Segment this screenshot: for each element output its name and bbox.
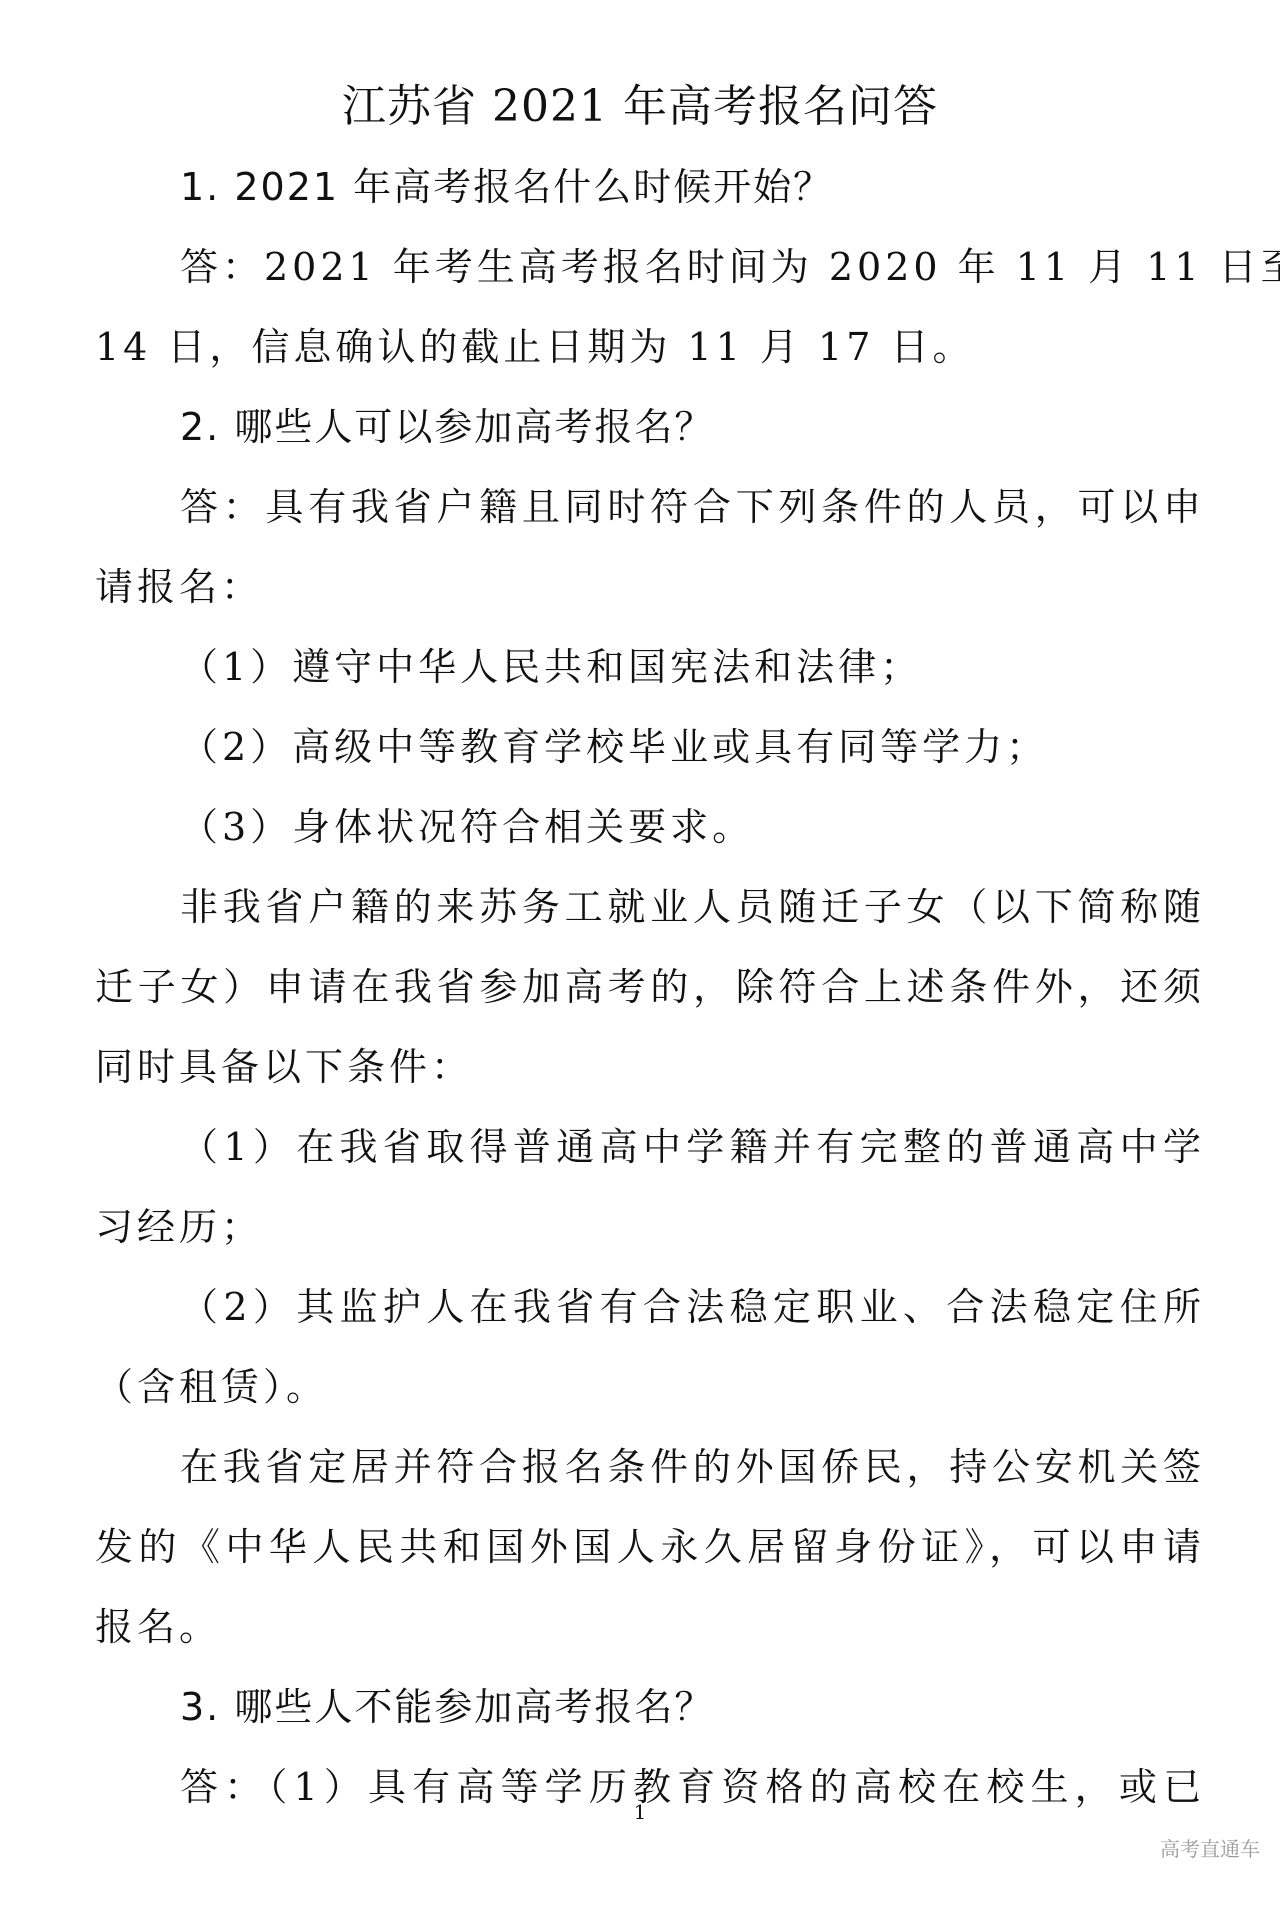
question-heading: 3. 哪些人不能参加高考报名？ bbox=[180, 1676, 1205, 1731]
paragraph-line: 报名。 bbox=[95, 1596, 1205, 1651]
document-title: 江苏省 2021 年高考报名问答 bbox=[0, 70, 1280, 134]
watermark: 高考直通车 bbox=[1160, 1833, 1260, 1862]
paragraph-line: 请报名： bbox=[95, 556, 1205, 611]
paragraph-line: 迁子女）申请在我省参加高考的，除符合上述条件外，还须 bbox=[95, 956, 1205, 1011]
question-heading: 2. 哪些人可以参加高考报名？ bbox=[180, 396, 1205, 451]
paragraph-line: 答：2021 年考生高考报名时间为 2020 年 11 月 11 日至 bbox=[180, 236, 1205, 291]
paragraph-line: 发的《中华人民共和国外国人永久居留身份证》，可以申请 bbox=[95, 1516, 1205, 1571]
paragraph-line: （含租赁）。 bbox=[95, 1356, 1205, 1411]
paragraph-line: 习经历； bbox=[95, 1196, 1205, 1251]
page-number: 1 bbox=[0, 1800, 1280, 1824]
paragraph-line: 在我省定居并符合报名条件的外国侨民，持公安机关签 bbox=[180, 1436, 1205, 1491]
paragraph-line: 答：具有我省户籍且同时符合下列条件的人员，可以申 bbox=[180, 476, 1205, 531]
paragraph-line: （3）身体状况符合相关要求。 bbox=[180, 796, 1205, 851]
paragraph-line: （1）在我省取得普通高中学籍并有完整的普通高中学 bbox=[180, 1116, 1205, 1171]
paragraph-line: （2）其监护人在我省有合法稳定职业、合法稳定住所 bbox=[180, 1276, 1205, 1331]
paragraph-line: （1）遵守中华人民共和国宪法和法律； bbox=[180, 636, 1205, 691]
paragraph-line: 非我省户籍的来苏务工就业人员随迁子女（以下简称随 bbox=[180, 876, 1205, 931]
paragraph-line: 14 日，信息确认的截止日期为 11 月 17 日。 bbox=[95, 316, 1205, 371]
document-page: 江苏省 2021 年高考报名问答 1. 2021 年高考报名什么时候开始？答：2… bbox=[0, 0, 1280, 1910]
paragraph-line: 同时具备以下条件： bbox=[95, 1036, 1205, 1091]
question-heading: 1. 2021 年高考报名什么时候开始？ bbox=[180, 156, 1205, 211]
paragraph-line: （2）高级中等教育学校毕业或具有同等学力； bbox=[180, 716, 1205, 771]
